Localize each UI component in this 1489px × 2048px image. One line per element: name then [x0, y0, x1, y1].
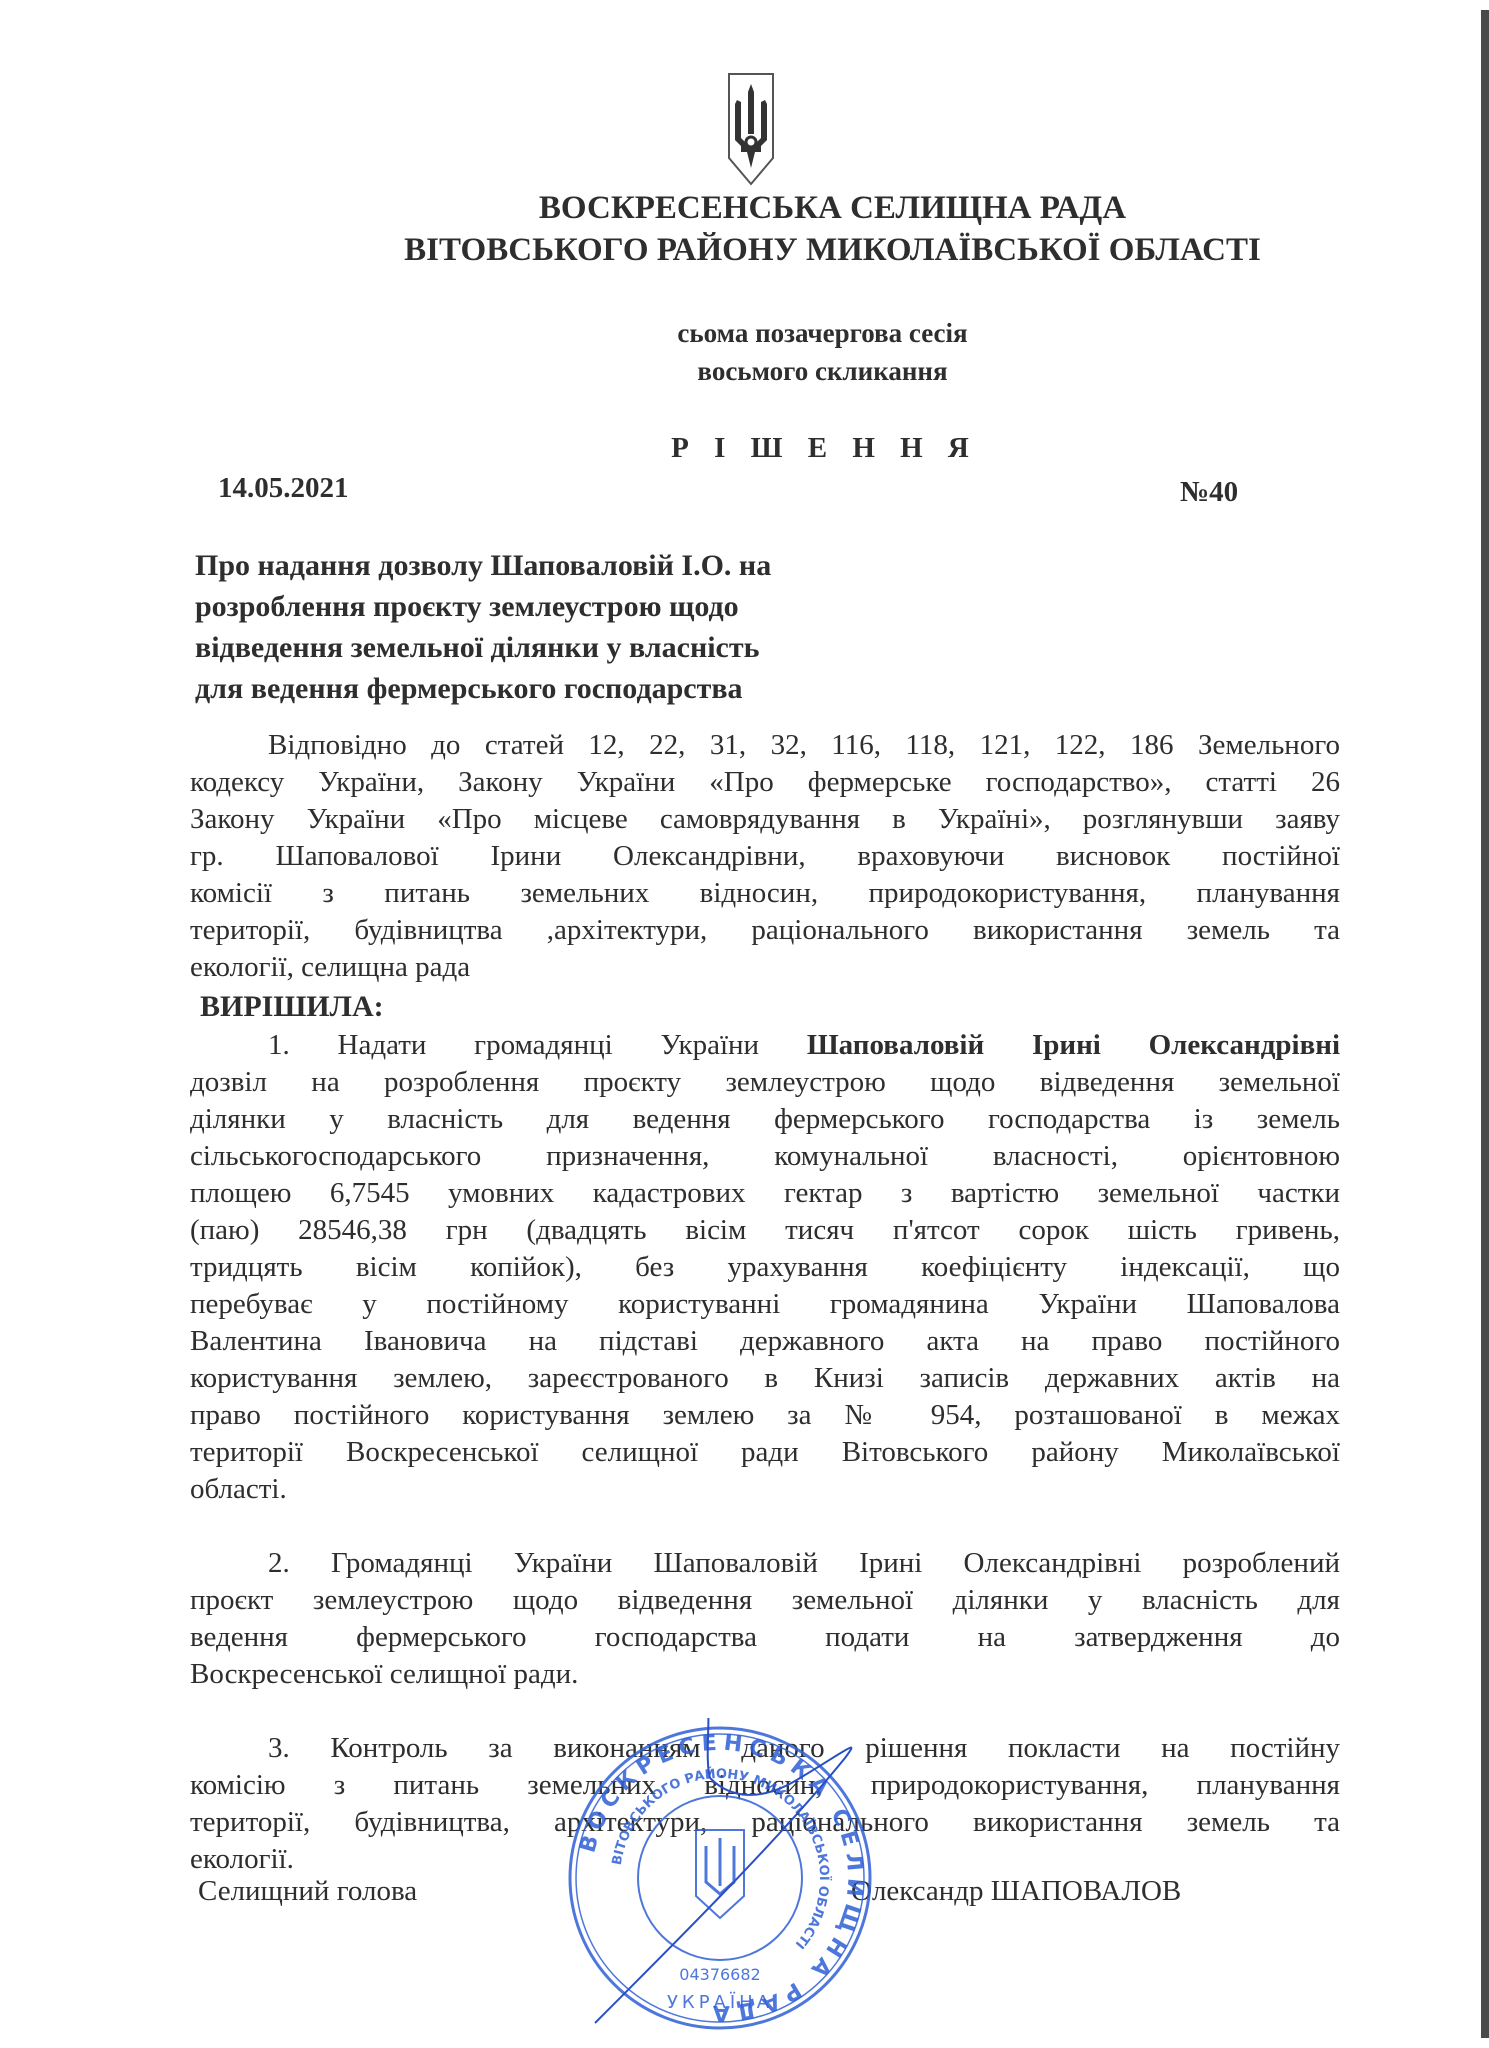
- signatory-name: Олександр ШАПОВАЛОВ: [851, 1875, 1181, 1908]
- decision-number: №40: [1180, 476, 1238, 509]
- document-type-title: Р І Ш Е Н Н Я: [80, 432, 1489, 465]
- subject-line: розроблення проєкту землеустрою щодо: [195, 586, 771, 627]
- org-name-line2: ВІТОВСЬКОГО РАЙОНУ МИКОЛАЇВСЬКОЇ ОБЛАСТІ: [88, 232, 1489, 269]
- text-line: 2. Громадянці України Шаповаловій Ірині …: [190, 1545, 1340, 1582]
- subject-line: для ведення фермерського господарства: [195, 668, 771, 709]
- text-line: проєкт землеустрою щодо відведення земел…: [190, 1582, 1340, 1619]
- text-line: 1. Надати громадянці України Шаповаловій…: [190, 1027, 1340, 1064]
- text-line: сільськогосподарського призначення, кому…: [190, 1138, 1340, 1175]
- text-line: території, будівництва ,архітектури, рац…: [190, 912, 1340, 949]
- decision-date: 14.05.2021: [218, 472, 349, 505]
- text-line: території Воскресенської селищної ради В…: [190, 1434, 1340, 1471]
- decision-item-2: 2. Громадянці України Шаповаловій Ірині …: [190, 1545, 1340, 1693]
- text-line: комісії з питань земельних відносин, при…: [190, 875, 1340, 912]
- svg-text:04376682: 04376682: [679, 1965, 760, 1984]
- decision-item-1: 1. Надати громадянці України Шаповаловій…: [190, 1027, 1340, 1508]
- signatory-position: Селищний голова: [198, 1875, 417, 1908]
- decided-label: ВИРІШИЛА:: [200, 990, 384, 1024]
- applicant-name: Шаповаловій Ірині Олександрівні: [807, 1029, 1340, 1061]
- text-line: право постійного користування землею за …: [190, 1397, 1340, 1434]
- subject-line: відведення земельної ділянки у власність: [195, 627, 771, 668]
- text-line: ділянки у власність для ведення фермерсь…: [190, 1101, 1340, 1138]
- preamble-paragraph: Відповідно до статей 12, 22, 31, 32, 116…: [190, 727, 1340, 986]
- org-name-line1: ВОСКРЕСЕНСЬКА СЕЛИЩНА РАДА: [88, 190, 1489, 227]
- text-line: області.: [190, 1471, 1340, 1508]
- official-stamp-icon: ВОСКРЕСЕНСЬКА СЕЛИЩНА РАДА ВІТОВСЬКОГО Р…: [560, 1718, 880, 2038]
- session-line2: восьмого скликання: [78, 356, 1489, 387]
- decision-subject: Про надання дозволу Шаповаловій І.О. на …: [195, 545, 771, 709]
- item-prefix: 1. Надати громадянці України: [268, 1029, 807, 1061]
- text-line: тридцять вісім копійок), без урахування …: [190, 1249, 1340, 1286]
- text-line: екології, селищна рада: [190, 949, 1340, 986]
- text-line: дозвіл на розроблення проєкту землеустро…: [190, 1064, 1340, 1101]
- text-line: Відповідно до статей 12, 22, 31, 32, 116…: [190, 727, 1340, 764]
- text-line: Закону України «Про місцеве самоврядуван…: [190, 801, 1340, 838]
- text-line: гр. Шаповалової Ірини Олександрівни, вра…: [190, 838, 1340, 875]
- text-line: кодексу України, Закону України «Про фер…: [190, 764, 1340, 801]
- text-line: перебуває у постійному користуванні гром…: [190, 1286, 1340, 1323]
- text-line: Валентина Івановича на підставі державно…: [190, 1323, 1340, 1360]
- scan-edge-bar: [1481, 10, 1489, 2038]
- session-line1: сьома позачергова сесія: [78, 318, 1489, 349]
- trident-coat-of-arms-icon: [727, 72, 775, 186]
- text-line: користування землею, зареєстрованого в К…: [190, 1360, 1340, 1397]
- svg-text:УКРАЇНА: УКРАЇНА: [667, 1992, 773, 2013]
- text-line: ведення фермерського господарства подати…: [190, 1619, 1340, 1656]
- text-line: площею 6,7545 умовних кадастрових гектар…: [190, 1175, 1340, 1212]
- subject-line: Про надання дозволу Шаповаловій І.О. на: [195, 545, 771, 586]
- text-line: Воскресенської селищної ради.: [190, 1656, 1340, 1693]
- text-line: (паю) 28546,38 грн (двадцять вісім тисяч…: [190, 1212, 1340, 1249]
